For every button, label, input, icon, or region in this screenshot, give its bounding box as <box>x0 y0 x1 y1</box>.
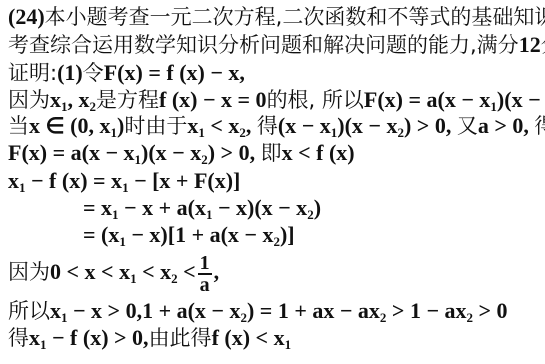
numerator: 1 <box>198 253 212 275</box>
text: 时由于 <box>124 114 187 138</box>
formula: F(x) = f (x) − x, <box>104 60 245 85</box>
comma: , <box>214 259 220 284</box>
formula: F(x) = a(x − x1)(x − x2) > 0, <box>8 140 261 165</box>
intro-text: 本小题考查一元二次方程,二次函数和不等式的基础知识, <box>45 5 545 29</box>
text: 是方程 <box>96 88 159 112</box>
intro-text: 考查综合运用数学知识分析问题和解决问题的能力,满分 <box>8 33 519 57</box>
line-11: 所以x1 − x > 0,1 + a(x − x2) = 1 + ax − ax… <box>8 298 508 324</box>
denominator: a <box>198 275 212 295</box>
formula: = (x1 − x)[1 + a(x − x2)] <box>83 222 295 247</box>
text: 因为 <box>8 260 50 284</box>
formula: x < f (x) <box>282 140 355 165</box>
line-8: = x1 − x + a(x1 − x)(x − x2) <box>83 195 321 221</box>
line-12: 得x1 − f (x) > 0,由此得f (x) < x1 <box>8 325 291 351</box>
text: 由此得 <box>149 326 212 350</box>
text: 当 <box>8 114 29 138</box>
formula: f (x) − x = 0 <box>159 87 267 112</box>
text: 得 <box>534 114 545 138</box>
line-7: x1 − f (x) = x1 − [x + F(x)] <box>8 168 240 194</box>
formula: x1 − f (x) > 0, <box>29 325 149 350</box>
formula: (x − x1)(x − x2) > 0, <box>278 113 457 138</box>
text: 所以 <box>8 299 50 323</box>
formula: x1 − f (x) = x1 − [x + F(x)] <box>8 168 240 193</box>
formula: 0 < x < x1 < x2 < <box>50 259 196 284</box>
formula: x1, x2 <box>50 87 96 112</box>
formula: a > 0, <box>478 113 535 138</box>
text: 的根, 所以 <box>267 88 364 112</box>
text: 又 <box>457 114 478 138</box>
text: 因为 <box>8 88 50 112</box>
formula: x1 < x2, <box>187 113 257 138</box>
formula: F(x) = a(x − x1)(x − x2) <box>364 87 545 112</box>
formula: x1 − x > 0,1 + a(x − x2) = 1 + ax − ax2 … <box>50 298 508 323</box>
part-number: (1) <box>57 60 83 85</box>
let-text: 令 <box>83 61 104 85</box>
line-10: 因为0 < x < x1 < x2 <1a, <box>8 250 219 295</box>
line-1-problem-intro: (24)本小题考查一元二次方程,二次函数和不等式的基础知识, <box>8 4 545 30</box>
line-4: 因为x1, x2是方程f (x) − x = 0的根, 所以F(x) = a(x… <box>8 87 545 113</box>
problem-number: (24) <box>8 4 45 29</box>
text: 得 <box>8 326 29 350</box>
fraction-one-over-a: 1a <box>198 253 212 295</box>
formula: f (x) < x1 <box>212 325 292 350</box>
text: 即 <box>261 141 282 165</box>
text: 得 <box>257 114 278 138</box>
line-6: F(x) = a(x − x1)(x − x2) > 0, 即x < f (x) <box>8 140 355 166</box>
line-3-proof-start: 证明:(1)令F(x) = f (x) − x, <box>8 60 245 86</box>
proof-label: 证明: <box>8 61 57 85</box>
line-5: 当x ∈ (0, x1)时由于x1 < x2, 得(x − x1)(x − x2… <box>8 113 545 139</box>
score-value: 12 <box>519 32 541 57</box>
score-unit: 分 <box>541 33 545 57</box>
formula: = x1 − x + a(x1 − x)(x − x2) <box>83 195 321 220</box>
line-2-problem-intro: 考查综合运用数学知识分析问题和解决问题的能力,满分12分 <box>8 32 545 58</box>
formula: x ∈ (0, x1) <box>29 113 124 138</box>
line-9: = (x1 − x)[1 + a(x − x2)] <box>83 222 295 248</box>
